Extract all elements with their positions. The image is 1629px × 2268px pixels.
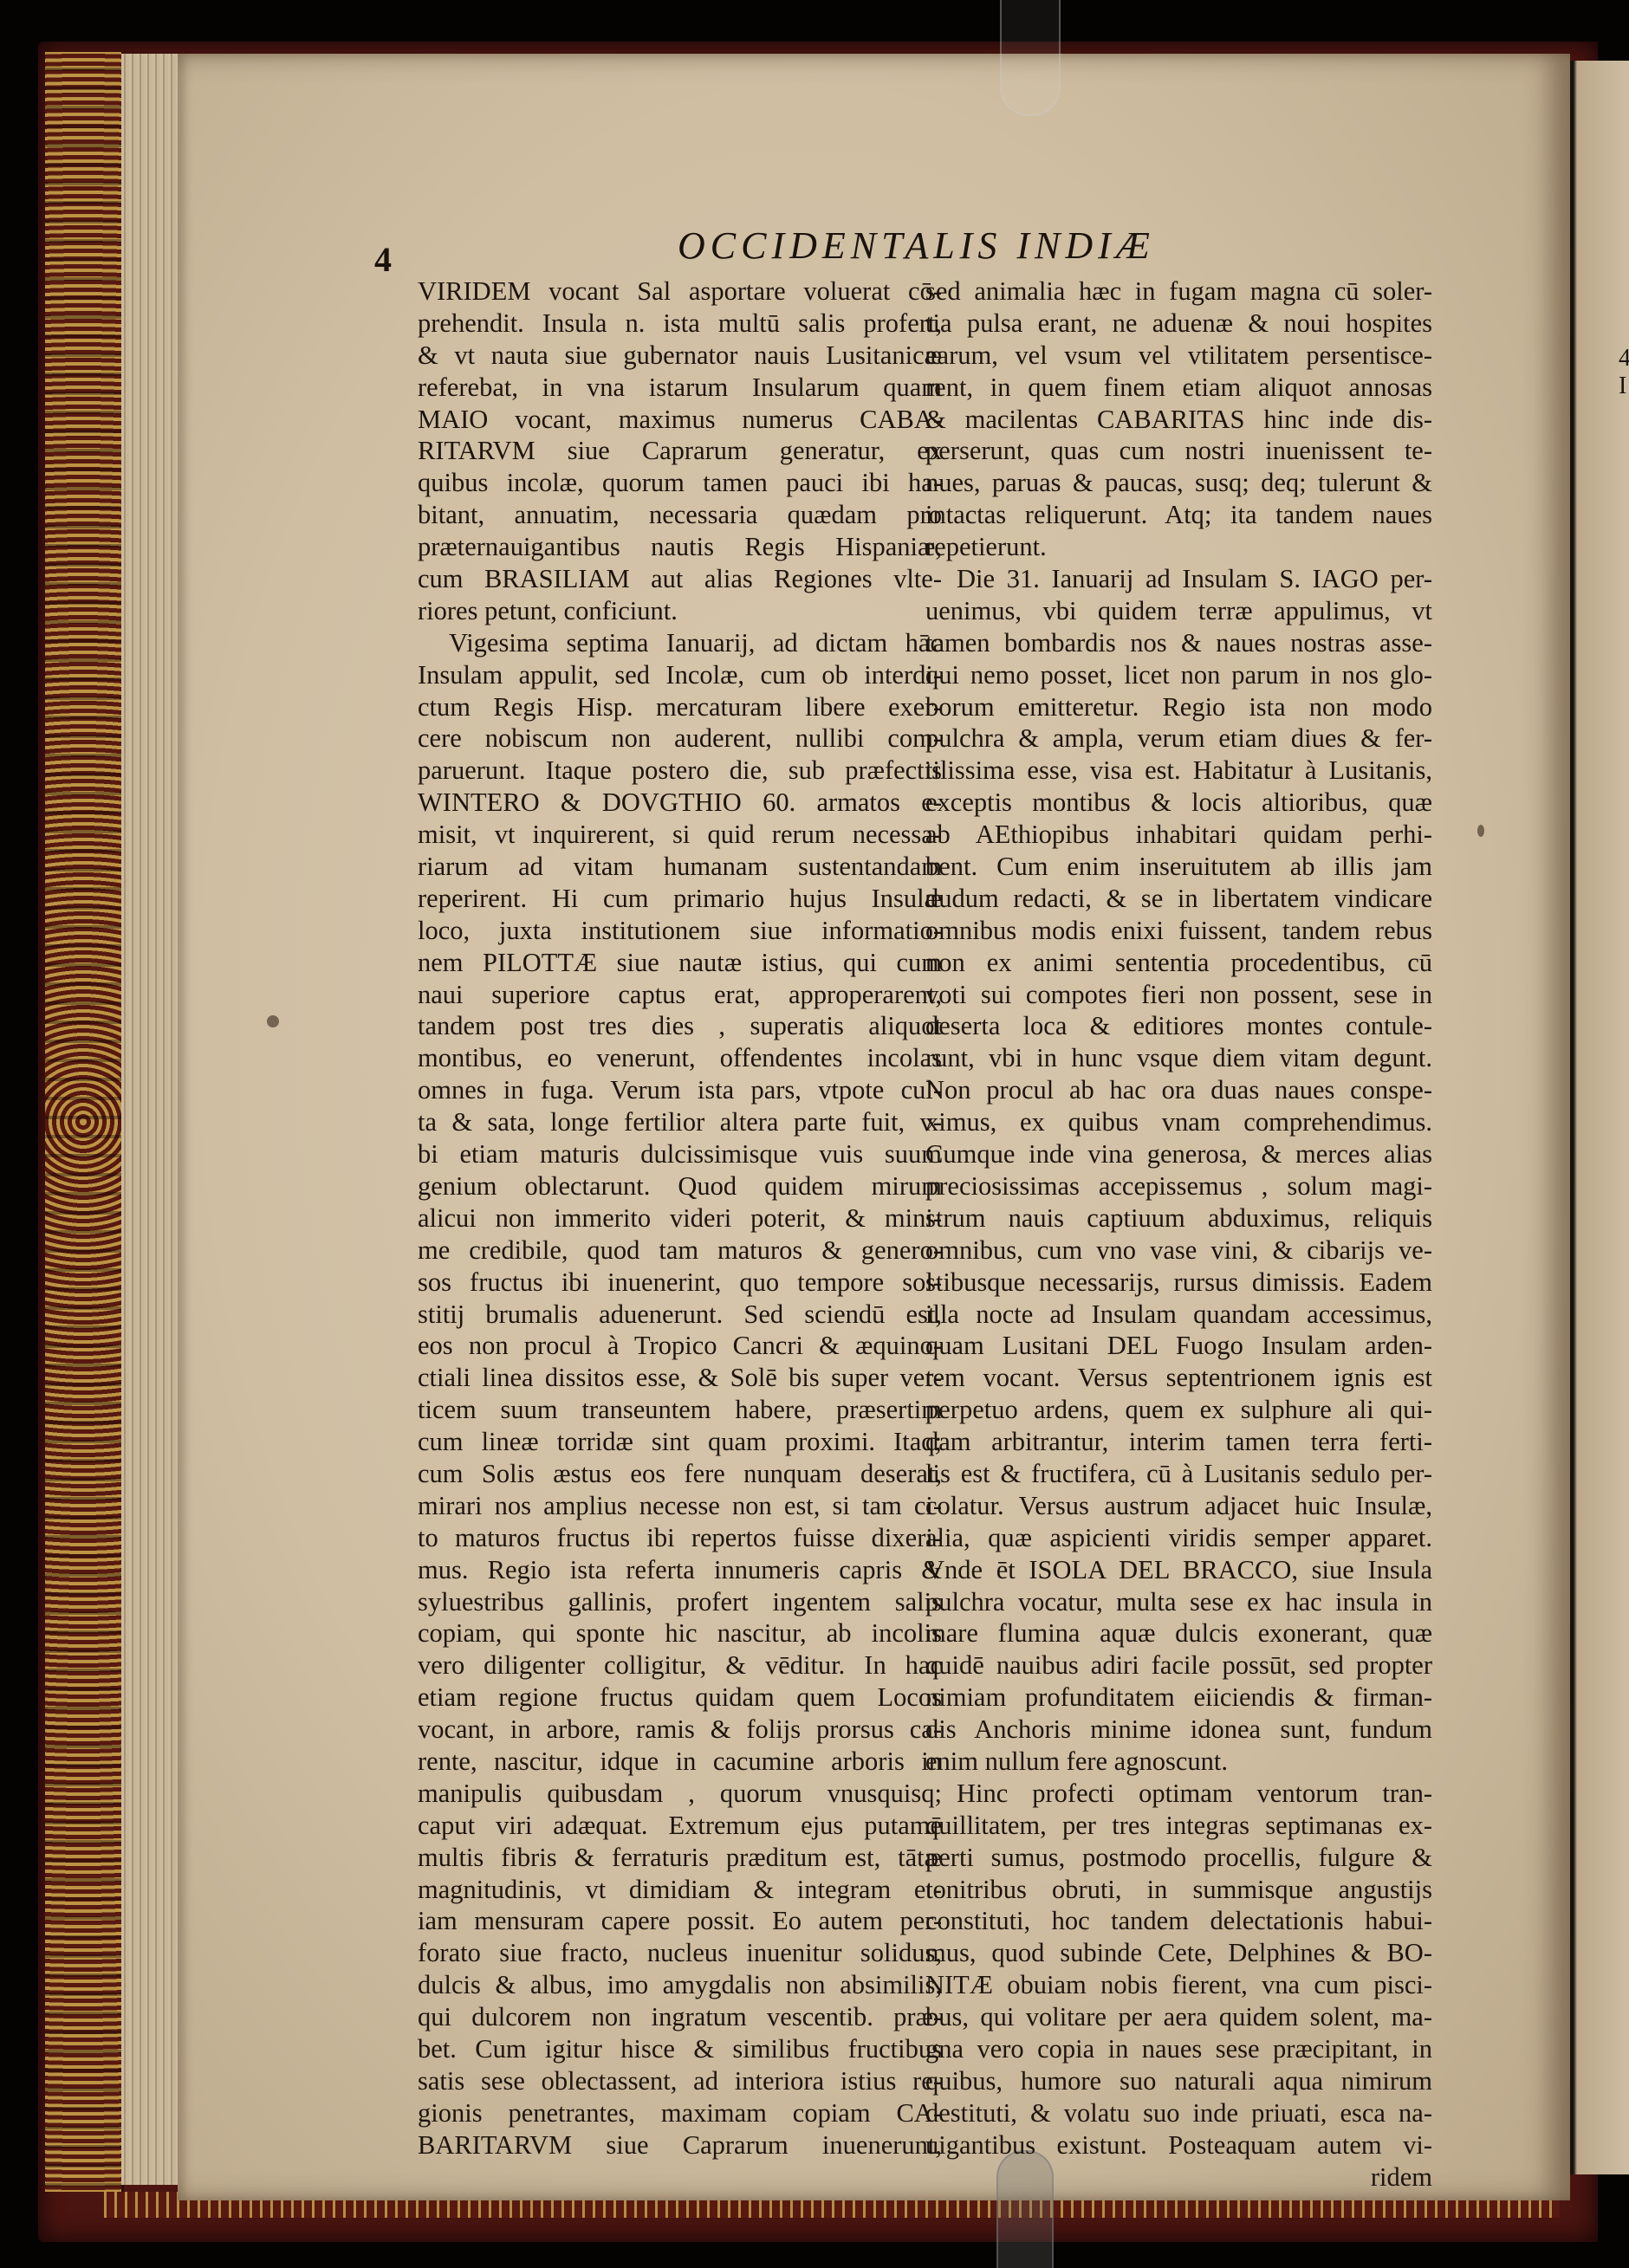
text-line: paruerunt. Itaque postero die, sub præfe… (418, 755, 942, 787)
text-line: vero diligenter colligitur, & vēditur. I… (418, 1649, 942, 1682)
text-line: uenimus, vbi quidem terræ appulimus, vt (925, 595, 1432, 627)
text-line: borum emitteretur. Regio ista non modo (925, 691, 1432, 723)
text-line: intactas reliquerunt. Atq; ita tandem na… (925, 499, 1432, 531)
text-line: exceptis montibus & locis altioribus, qu… (925, 787, 1432, 819)
text-line: Hinc profecti optimam ventorum tran- (925, 1778, 1432, 1810)
text-line: satis sese oblectassent, ad interiora is… (418, 2065, 942, 2097)
text-line: alicui non immerito videri poterit, & mi… (418, 1202, 942, 1234)
text-line: nues, paruas & paucas, susq; deq; tuleru… (925, 467, 1432, 499)
text-line: bent. Cum enim inseruitutem ab illis jam (925, 851, 1432, 883)
text-line: forato siue fracto, nucleus inuenitur so… (418, 1937, 942, 1969)
text-line: bitant, annuatim, necessaria quædam pro (418, 499, 942, 531)
text-line: constituti, hoc tandem delectationis hab… (925, 1905, 1432, 1937)
text-line: tem vocant. Versus septentrionem ignis e… (925, 1362, 1432, 1394)
text-line: stibusque necessarijs, rursus dimissis. … (925, 1267, 1432, 1299)
text-line: naui superiore captus erat, approperaren… (418, 979, 942, 1011)
text-line: nem PILOTTÆ siue nautæ istius, qui cum (418, 947, 942, 979)
text-line: stitij brumalis aduenerunt. Sed sciendū … (418, 1299, 942, 1331)
text-line: Vnde ēt ISOLA DEL BRACCO, siue Insula (925, 1554, 1432, 1586)
text-line: prehendit. Insula n. ista multū salis pr… (418, 308, 942, 340)
text-line: ridem (925, 2161, 1432, 2193)
facing-fragment-line: 4 (1619, 345, 1629, 373)
text-line: quidē nauibus adiri facile possūt, sed p… (925, 1649, 1432, 1682)
text-line: me credibile, quod tam maturos & genero- (418, 1234, 942, 1267)
text-line: alia, quæ aspicienti viridis semper appa… (925, 1522, 1432, 1554)
page-clip-top (1000, 0, 1061, 116)
text-line: deserta loca & editiores montes contule- (925, 1010, 1432, 1042)
text-line: reperirent. Hi cum primario hujus Insulæ (418, 883, 942, 915)
text-line: misit, vt inquirerent, si quid rerum nec… (418, 819, 942, 851)
text-line: caput viri adæquat. Extremum ejus putamē (418, 1810, 942, 1842)
running-head-title: OCCIDENTALIS INDIÆ (678, 224, 1155, 268)
text-line: quillitatem, per tres integras septimana… (925, 1810, 1432, 1842)
text-line: lis est & fructifera, cū à Lusitanis sed… (925, 1458, 1432, 1490)
text-line: perserunt, quas cum nostri inuenissent t… (925, 435, 1432, 467)
text-line: bi etiam maturis dulcissimisque vuis suu… (418, 1138, 942, 1170)
text-line: quibus, humore suo naturali aqua nimirum (925, 2065, 1432, 2097)
text-line: rente, nascitur, idque in cacumine arbor… (418, 1746, 942, 1778)
text-line: perpetuo ardens, quem ex sulphure ali qu… (925, 1394, 1432, 1426)
text-column-right: sed animalia hæc in fugam magna cū soler… (925, 275, 1432, 2193)
page-edges (121, 54, 180, 2185)
text-line: bus, qui volitare per aera quidem solent… (925, 2001, 1432, 2033)
text-line: mus, quod subinde Cete, Delphines & BO- (925, 1937, 1432, 1969)
text-line: Vigesima septima Ianuarij, ad dictam hāc (418, 627, 942, 659)
text-line: ctum Regis Hisp. mercaturam libere exer- (418, 691, 942, 723)
text-line: mirari nos amplius necesse non est, si t… (418, 1490, 942, 1522)
text-line: mare flumina aquæ dulcis exonerant, quæ (925, 1617, 1432, 1649)
text-line: loco, juxta institutionem siue informati… (418, 915, 942, 947)
text-line: tamen bombardis nos & naues nostras asse… (925, 627, 1432, 659)
text-line: ab AEthiopibus inhabitari quidam perhi- (925, 819, 1432, 851)
text-line: rent, in quem finem etiam aliquot annosa… (925, 372, 1432, 404)
text-line: qui dulcorem non ingratum vescentib. præ… (418, 2001, 942, 2033)
text-line: multis fibris & ferraturis præditum est,… (418, 1842, 942, 1874)
text-line: perti sumus, postmodo procellis, fulgure… (925, 1842, 1432, 1874)
text-line: dulcis & albus, imo amygdalis non absimi… (418, 1969, 942, 2001)
text-line: riarum ad vitam humanam sustentandam (418, 851, 942, 883)
text-line: pulchra & ampla, verum etiam diues & fer… (925, 723, 1432, 755)
text-line: Insulam appulit, sed Incolæ, cum ob inte… (418, 659, 942, 691)
text-line: riores petunt, conficiunt. (418, 595, 942, 627)
text-line: tonitribus obruti, in summisque angustij… (925, 1874, 1432, 1906)
text-line: RITARVM siue Caprarum generatur, ex (418, 435, 942, 467)
text-line: syluestribus gallinis, profert ingentem … (418, 1586, 942, 1618)
text-line: non ex animi sententia procedentibus, cū (925, 947, 1432, 979)
text-line: Cumque inde vina generosa, & merces alia… (925, 1138, 1432, 1170)
text-line: to maturos fructus ibi repertos fuisse d… (418, 1522, 942, 1554)
text-line: tilissima esse, visa est. Habitatur à Lu… (925, 755, 1432, 787)
text-line: ctiali linea dissitos esse, & Solē bis s… (418, 1362, 942, 1394)
text-line: destituti, & volatu suo inde priuati, es… (925, 2097, 1432, 2129)
text-line: qui nemo posset, licet non parum in nos … (925, 659, 1432, 691)
text-line: ximus, ex quibus vnam comprehendimus. (925, 1106, 1432, 1138)
text-line: cum lineæ torridæ sint quam proximi. Ita… (418, 1426, 942, 1458)
text-line: copiam, qui sponte hic nascitur, ab inco… (418, 1617, 942, 1649)
text-line: repetierunt. (925, 531, 1432, 563)
text-line: magnitudinis, vt dimidiam & integram et- (418, 1874, 942, 1906)
text-line: vocant, in arbore, ramis & folijs prorsu… (418, 1714, 942, 1746)
text-line: montibus, eo venerunt, offendentes incol… (418, 1042, 942, 1074)
text-line: genium oblectarunt. Quod quidem mirum (418, 1170, 942, 1202)
text-line: pulchra vocatur, multa sese ex hac insul… (925, 1586, 1432, 1618)
text-line: BARITARVM siue Caprarum inuenerunt, (418, 2129, 942, 2161)
text-line: omnes in fuga. Verum ista pars, vtpote c… (418, 1074, 942, 1106)
text-line: colatur. Versus austrum adjacet huic Ins… (925, 1490, 1432, 1522)
text-line: dudum redacti, & se in libertatem vindic… (925, 883, 1432, 915)
text-line: sed animalia hæc in fugam magna cū soler… (925, 275, 1432, 308)
text-line: gna vero copia in naues sese præcipitant… (925, 2033, 1432, 2065)
text-line: dis Anchoris minime idonea sunt, fundum (925, 1714, 1432, 1746)
text-line: cum BRASILIAM aut alias Regiones vlte- (418, 563, 942, 595)
text-line: earum, vel vsum vel vtilitatem persentis… (925, 340, 1432, 372)
text-line: runt, vbi in hunc vsque diem vitam degun… (925, 1042, 1432, 1074)
facing-page-fragment: 4 I (1619, 345, 1629, 400)
text-line: MAIO vocant, maximus numerus CABA- (418, 404, 942, 436)
text-line: Non procul ab hac ora duas naues conspe- (925, 1074, 1432, 1106)
text-line: etiam regione fructus quidam quem Locos (418, 1682, 942, 1714)
text-line: tia pulsa erant, ne aduenæ & noui hospit… (925, 308, 1432, 340)
text-line: gionis penetrantes, maximam copiam CA- (418, 2097, 942, 2129)
text-line: NITÆ obuiam nobis fierent, vna cum pisci… (925, 1969, 1432, 2001)
text-line: strum nauis captiuum abduximus, reliquis (925, 1202, 1432, 1234)
text-line: bet. Cum igitur hisce & similibus fructi… (418, 2033, 942, 2065)
facing-fragment-line: I (1619, 373, 1629, 400)
text-line: quibus incolæ, quorum tamen pauci ibi ha… (418, 467, 942, 499)
text-line: cere nobiscum non auderent, nullibi com- (418, 723, 942, 755)
text-column-left: VIRIDEM vocant Sal asportare voluerat cō… (418, 275, 942, 2161)
running-head: 4 OCCIDENTALIS INDIÆ (374, 222, 1440, 267)
text-line: voti sui compotes fieri non possent, ses… (925, 979, 1432, 1011)
text-line: eos non procul à Tropico Cancri & æquino… (418, 1330, 942, 1362)
text-line: quam Lusitani DEL Fuogo Insulam arden- (925, 1330, 1432, 1362)
text-line: Die 31. Ianuarij ad Insulam S. IAGO per- (925, 563, 1432, 595)
text-line: ta & sata, longe fertilior altera parte … (418, 1106, 942, 1138)
ink-mark (1477, 825, 1484, 837)
text-line: mus. Regio ista referta innumeris capris… (418, 1554, 942, 1586)
text-line: manipulis quibusdam , quorum vnusquisq; (418, 1778, 942, 1810)
text-line: omnibus, cum vno vase vini, & cibarijs v… (925, 1234, 1432, 1267)
text-line: cum Solis æstus eos fere nunquam deserat… (418, 1458, 942, 1490)
text-line: & macilentas CABARITAS hinc inde dis- (925, 404, 1432, 436)
text-line: ticem suum transeuntem habere, præsertim (418, 1394, 942, 1426)
text-line: preciosissimas accepissemus , solum magi… (925, 1170, 1432, 1202)
text-line: uigantibus existunt. Posteaquam autem vi… (925, 2129, 1432, 2161)
text-line: dam arbitrantur, interim tamen terra fer… (925, 1426, 1432, 1458)
text-line: iam mensuram capere possit. Eo autem per… (418, 1905, 942, 1937)
text-line: enim nullum fere agnoscunt. (925, 1746, 1432, 1778)
page-number: 4 (374, 239, 392, 280)
text-line: & vt nauta siue gubernator nauis Lusitan… (418, 340, 942, 372)
text-line: sos fructus ibi inuenerint, quo tempore … (418, 1267, 942, 1299)
text-line: præternauigantibus nautis Regis Hispaniæ… (418, 531, 942, 563)
text-line: tandem post tres dies , superatis aliquo… (418, 1010, 942, 1042)
ink-spot (267, 1015, 279, 1027)
text-line: omnibus modis enixi fuissent, tandem reb… (925, 915, 1432, 947)
gilt-border-left (45, 52, 124, 2192)
text-line: WINTERO & DOVGTHIO 60. armatos e- (418, 787, 942, 819)
text-line: VIRIDEM vocant Sal asportare voluerat cō… (418, 275, 942, 308)
text-line: illa nocte ad Insulam quandam accessimus… (925, 1299, 1432, 1331)
text-line: nimiam profunditatem eiiciendis & firman… (925, 1682, 1432, 1714)
text-line: referebat, in vna istarum Insularum quam (418, 372, 942, 404)
